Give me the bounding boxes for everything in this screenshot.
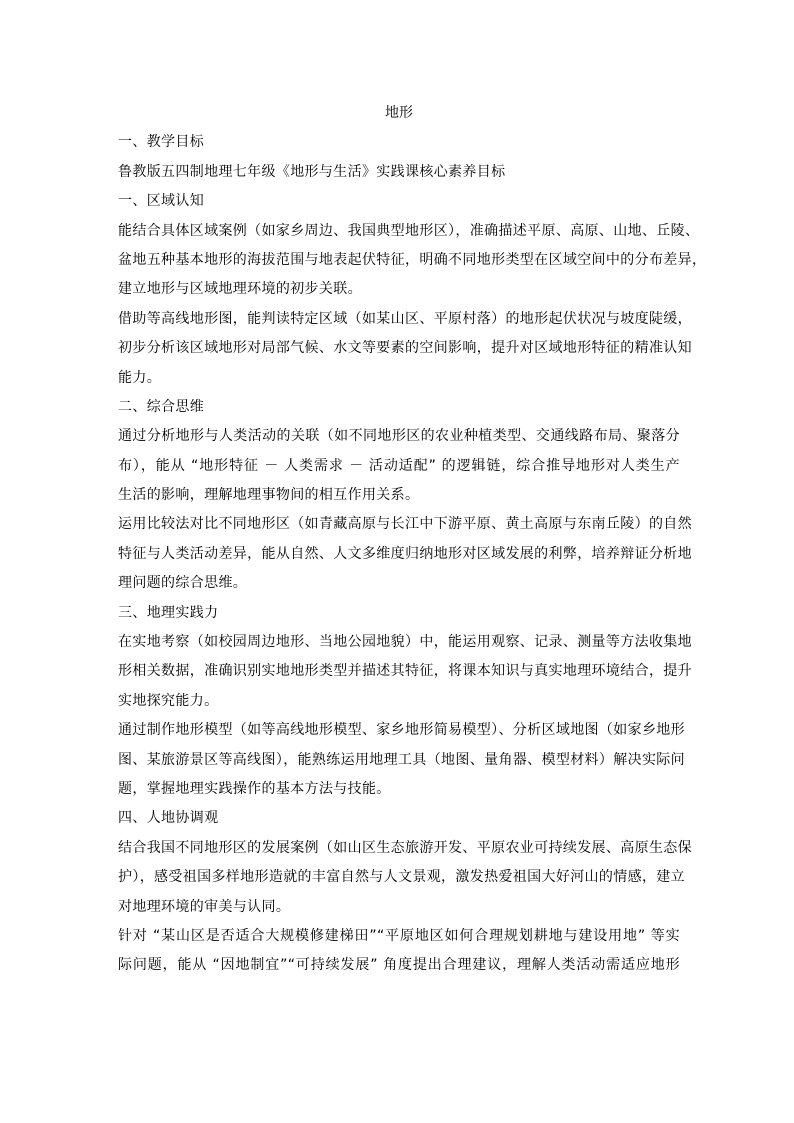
paragraph-line: 特征与人类活动差异，能从自然、人文多维度归纳地形对区域发展的利弊，培养辩证分析地 — [118, 540, 680, 569]
paragraph-line: 实地探究能力。 — [118, 687, 680, 716]
paragraph: 通过制作地形模型（如等高线地形模型、家乡地形简易模型）、分析区域地图（如家乡地形… — [118, 716, 680, 804]
paragraph-line: 护），感受祖国多样地形造就的丰富自然与人文景观，激发热爱祖国大好河山的情感，建立 — [118, 863, 680, 892]
block-regional-cognition: 一、区域认知 能结合具体区域案例（如家乡周边、我国典型地形区），准确描述平原、高… — [118, 187, 680, 393]
paragraph: 结合我国不同地形区的发展案例（如山区生态旅游开发、平原农业可持续发展、高原生态保… — [118, 834, 680, 922]
paragraph: 通过分析地形与人类活动的关联（如不同地形区的农业种植类型、交通线路布局、聚落分 … — [118, 422, 680, 510]
document-page: 地形 一、教学目标 鲁教版五四制地理七年级《地形与生活》实践课核心素养目标 一、… — [0, 0, 794, 1123]
paragraph-line: 能力。 — [118, 364, 680, 393]
block-heading: 二、综合思维 — [118, 393, 680, 422]
paragraph-line: 运用比较法对比不同地形区（如青藏高原与长江中下游平原、黄土高原与东南丘陵）的自然 — [118, 510, 680, 539]
paragraph-line: 通过分析地形与人类活动的关联（如不同地形区的农业种植类型、交通线路布局、聚落分 — [118, 422, 680, 451]
paragraph-line: 题，掌握地理实践操作的基本方法与技能。 — [118, 775, 680, 804]
paragraph: 能结合具体区域案例（如家乡周边、我国典型地形区），准确描述平原、高原、山地、丘陵… — [118, 217, 680, 305]
paragraph-line: 建立地形与区域地理环境的初步关联。 — [118, 275, 680, 304]
paragraph-line: 初步分析该区域地形对局部气候、水文等要素的空间影响，提升对区域地形特征的精准认知 — [118, 334, 680, 363]
section-subtitle: 鲁教版五四制地理七年级《地形与生活》实践课核心素养目标 — [118, 158, 680, 187]
paragraph-line: 生活的影响，理解地理事物间的相互作用关系。 — [118, 481, 680, 510]
section-heading-teaching-goals: 一、教学目标 — [118, 128, 680, 157]
block-heading: 三、地理实践力 — [118, 599, 680, 628]
block-human-earth-harmony: 四、人地协调观 结合我国不同地形区的发展案例（如山区生态旅游开发、平原农业可持续… — [118, 804, 680, 980]
paragraph: 借助等高线地形图，能判读特定区域（如某山区、平原村落）的地形起伏状况与坡度陡缓，… — [118, 305, 680, 393]
block-heading: 四、人地协调观 — [118, 804, 680, 833]
paragraph-line: 结合我国不同地形区的发展案例（如山区生态旅游开发、平原农业可持续发展、高原生态保 — [118, 834, 680, 863]
paragraph-line: 针对 “某山区是否适合大规模修建梯田”“平原地区如何合理规划耕地与建设用地” 等… — [118, 922, 680, 951]
paragraph: 在实地考察（如校园周边地形、当地公园地貌）中，能运用观察、记录、测量等方法收集地… — [118, 628, 680, 716]
document-title: 地形 — [118, 99, 680, 128]
block-comprehensive-thinking: 二、综合思维 通过分析地形与人类活动的关联（如不同地形区的农业种植类型、交通线路… — [118, 393, 680, 599]
paragraph-line: 际问题，能从 “因地制宜”“可持续发展” 角度提出合理建议，理解人类活动需适应地… — [118, 951, 680, 980]
paragraph-line: 通过制作地形模型（如等高线地形模型、家乡地形简易模型）、分析区域地图（如家乡地形 — [118, 716, 680, 745]
paragraph-line: 对地理环境的审美与认同。 — [118, 893, 680, 922]
paragraph: 运用比较法对比不同地形区（如青藏高原与长江中下游平原、黄土高原与东南丘陵）的自然… — [118, 510, 680, 598]
block-heading: 一、区域认知 — [118, 187, 680, 216]
paragraph-line: 形相关数据，准确识别实地地形类型并描述其特征，将课本知识与真实地理环境结合，提升 — [118, 657, 680, 686]
paragraph-line: 盆地五种基本地形的海拔范围与地表起伏特征，明确不同地形类型在区域空间中的分布差异… — [118, 246, 680, 275]
paragraph-line: 能结合具体区域案例（如家乡周边、我国典型地形区），准确描述平原、高原、山地、丘陵… — [118, 217, 680, 246]
paragraph-line: 在实地考察（如校园周边地形、当地公园地貌）中，能运用观察、记录、测量等方法收集地 — [118, 628, 680, 657]
paragraph-line: 借助等高线地形图，能判读特定区域（如某山区、平原村落）的地形起伏状况与坡度陡缓， — [118, 305, 680, 334]
block-geographic-practice: 三、地理实践力 在实地考察（如校园周边地形、当地公园地貌）中，能运用观察、记录、… — [118, 599, 680, 805]
paragraph: 针对 “某山区是否适合大规模修建梯田”“平原地区如何合理规划耕地与建设用地” 等… — [118, 922, 680, 981]
paragraph-line: 布），能从 “地形特征 － 人类需求 － 活动适配” 的逻辑链，综合推导地形对人… — [118, 452, 680, 481]
document-body: 地形 一、教学目标 鲁教版五四制地理七年级《地形与生活》实践课核心素养目标 一、… — [118, 99, 680, 981]
paragraph-line: 图、某旅游景区等高线图），能熟练运用地理工具（地图、量角器、模型材料）解决实际问 — [118, 746, 680, 775]
paragraph-line: 理问题的综合思维。 — [118, 569, 680, 598]
